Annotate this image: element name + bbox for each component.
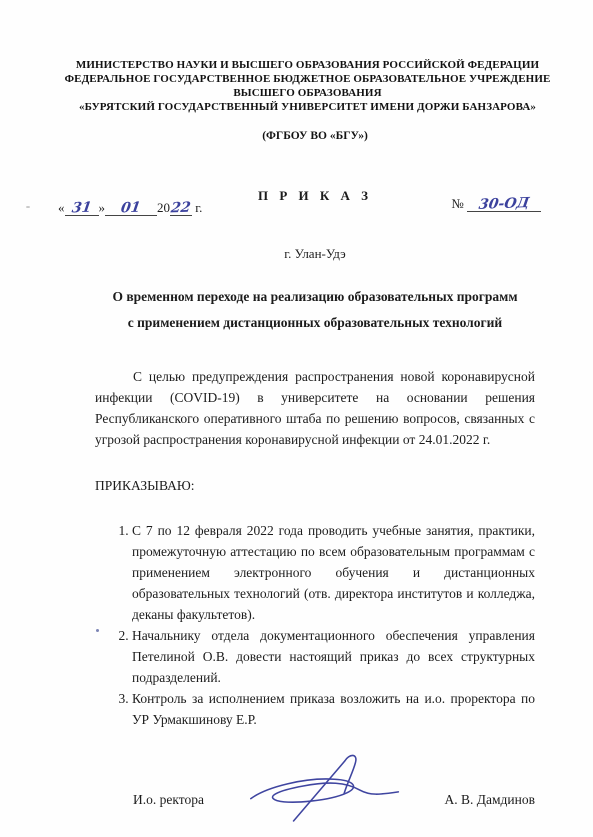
org-header-line-1: МИНИСТЕРСТВО НАУКИ И ВЫСШЕГО ОБРАЗОВАНИЯ… — [55, 58, 560, 72]
org-header: МИНИСТЕРСТВО НАУКИ И ВЫСШЕГО ОБРАЗОВАНИЯ… — [55, 58, 560, 114]
signer-position: И.о. ректора — [133, 792, 204, 808]
scanned-order-document: МИНИСТЕРСТВО НАУКИ И ВЫСШЕГО ОБРАЗОВАНИЯ… — [0, 0, 593, 837]
signer-name: А. В. Дамдинов — [445, 792, 535, 808]
org-header-line-2: ФЕДЕРАЛЬНОЕ ГОСУДАРСТВЕННОЕ БЮДЖЕТНОЕ ОБ… — [55, 72, 560, 86]
date-day-blank: 31 — [65, 201, 99, 216]
order-head: П Р И К А З «31»012022 г. № 30-ОД — [95, 188, 535, 238]
date-line: «31»012022 г. — [58, 200, 202, 216]
org-short-name: (ФГБОУ ВО «БГУ») — [95, 130, 535, 142]
date-year-prefix: 20 — [157, 200, 170, 215]
date-year-blank: 22 — [170, 201, 192, 216]
document-title-line-2: с применением дистанционных образователь… — [95, 310, 535, 336]
date-month-blank: 01 — [105, 201, 157, 216]
handwritten-year: 22 — [170, 201, 192, 216]
directive-item-1: С 7 по 12 февраля 2022 года проводить уч… — [132, 520, 535, 625]
directive-item-3: Контроль за исполнением приказа возложит… — [132, 688, 535, 730]
preamble-paragraph: С целью предупреждения распространения н… — [95, 366, 535, 450]
signature-block: И.о. ректора А. В. Дамдинов — [95, 760, 535, 818]
document-content: МИНИСТЕРСТВО НАУКИ И ВЫСШЕГО ОБРАЗОВАНИЯ… — [95, 0, 535, 818]
date-era: г. — [195, 200, 202, 215]
document-title-line-1: О временном переходе на реализацию образ… — [95, 284, 535, 310]
org-header-line-3: ВЫСШЕГО ОБРАЗОВАНИЯ — [55, 86, 560, 100]
order-number: № 30-ОД — [451, 196, 541, 212]
document-title: О временном переходе на реализацию образ… — [95, 284, 535, 336]
directive-item-2: Начальнику отдела документационного обес… — [132, 625, 535, 688]
signature-ink — [245, 748, 410, 826]
command-word: ПРИКАЗЫВАЮ: — [95, 478, 535, 494]
directives-list: С 7 по 12 февраля 2022 года проводить уч… — [95, 520, 535, 730]
org-header-line-4: «БУРЯТСКИЙ ГОСУДАРСТВЕННЫЙ УНИВЕРСИТЕТ И… — [55, 100, 560, 114]
handwritten-number: 30-ОД — [478, 196, 530, 212]
city-line: г. Улан-Удэ — [95, 246, 535, 262]
scan-speck — [26, 206, 30, 208]
handwritten-day: 31 — [71, 201, 93, 216]
handwritten-month: 01 — [120, 201, 142, 216]
number-blank: 30-ОД — [467, 197, 541, 212]
number-label: № — [451, 196, 463, 211]
